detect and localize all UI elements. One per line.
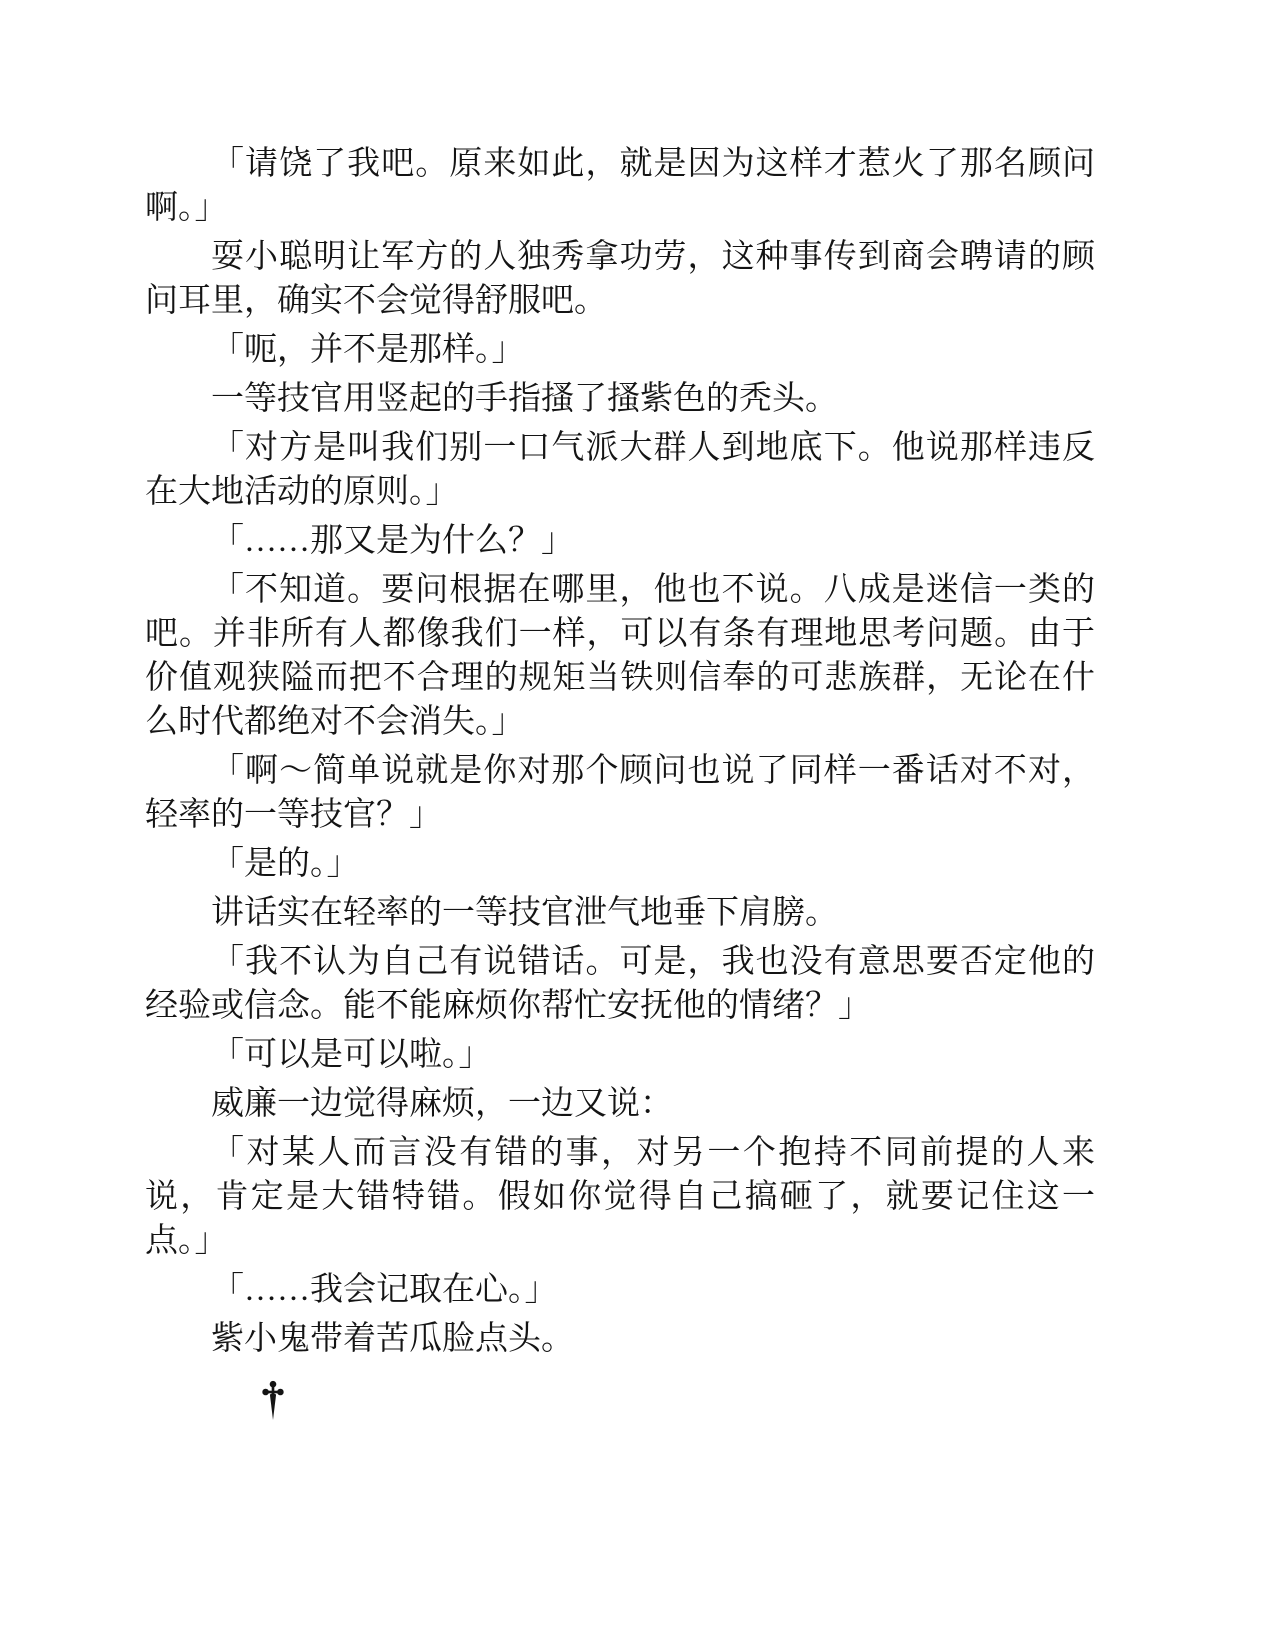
paragraph: 「请饶了我吧。原来如此，就是因为这样才惹火了那名顾问啊。」 [145, 142, 1095, 230]
text-block: 「请饶了我吧。原来如此，就是因为这样才惹火了那名顾问啊。」 耍小聪明让军方的人独… [145, 142, 1095, 1366]
paragraph: 「……我会记取在心。」 [145, 1268, 1095, 1312]
paragraph: 「我不认为自己有说错话。可是，我也没有意思要否定他的经验或信念。能不能麻烦你帮忙… [145, 940, 1095, 1028]
paragraph: 耍小聪明让军方的人独秀拿功劳，这种事传到商会聘请的顾问耳里，确实不会觉得舒服吧。 [145, 235, 1095, 323]
novel-page: 「请饶了我吧。原来如此，就是因为这样才惹火了那名顾问啊。」 耍小聪明让军方的人独… [0, 0, 1275, 1650]
section-divider: † [262, 1380, 284, 1420]
paragraph: 「……那又是为什么？」 [145, 519, 1095, 563]
paragraph: 威廉一边觉得麻烦，一边又说： [145, 1082, 1095, 1126]
paragraph: 「可以是可以啦。」 [145, 1033, 1095, 1077]
paragraph: 「呃，并不是那样。」 [145, 328, 1095, 372]
paragraph: 讲话实在轻率的一等技官泄气地垂下肩膀。 [145, 891, 1095, 935]
paragraph: 「对某人而言没有错的事，对另一个抱持不同前提的人来说，肯定是大错特错。假如你觉得… [145, 1131, 1095, 1263]
dagger-icon [262, 1380, 284, 1420]
paragraph: 「不知道。要问根据在哪里，他也不说。八成是迷信一类的吧。并非所有人都像我们一样，… [145, 568, 1095, 744]
paragraph: 「是的。」 [145, 842, 1095, 886]
paragraph: 「啊～简单说就是你对那个顾问也说了同样一番话对不对，轻率的一等技官？」 [145, 749, 1095, 837]
paragraph: 「对方是叫我们别一口气派大群人到地底下。他说那样违反在大地活动的原则。」 [145, 426, 1095, 514]
paragraph: 紫小鬼带着苦瓜脸点头。 [145, 1317, 1095, 1361]
paragraph: 一等技官用竖起的手指搔了搔紫色的秃头。 [145, 377, 1095, 421]
